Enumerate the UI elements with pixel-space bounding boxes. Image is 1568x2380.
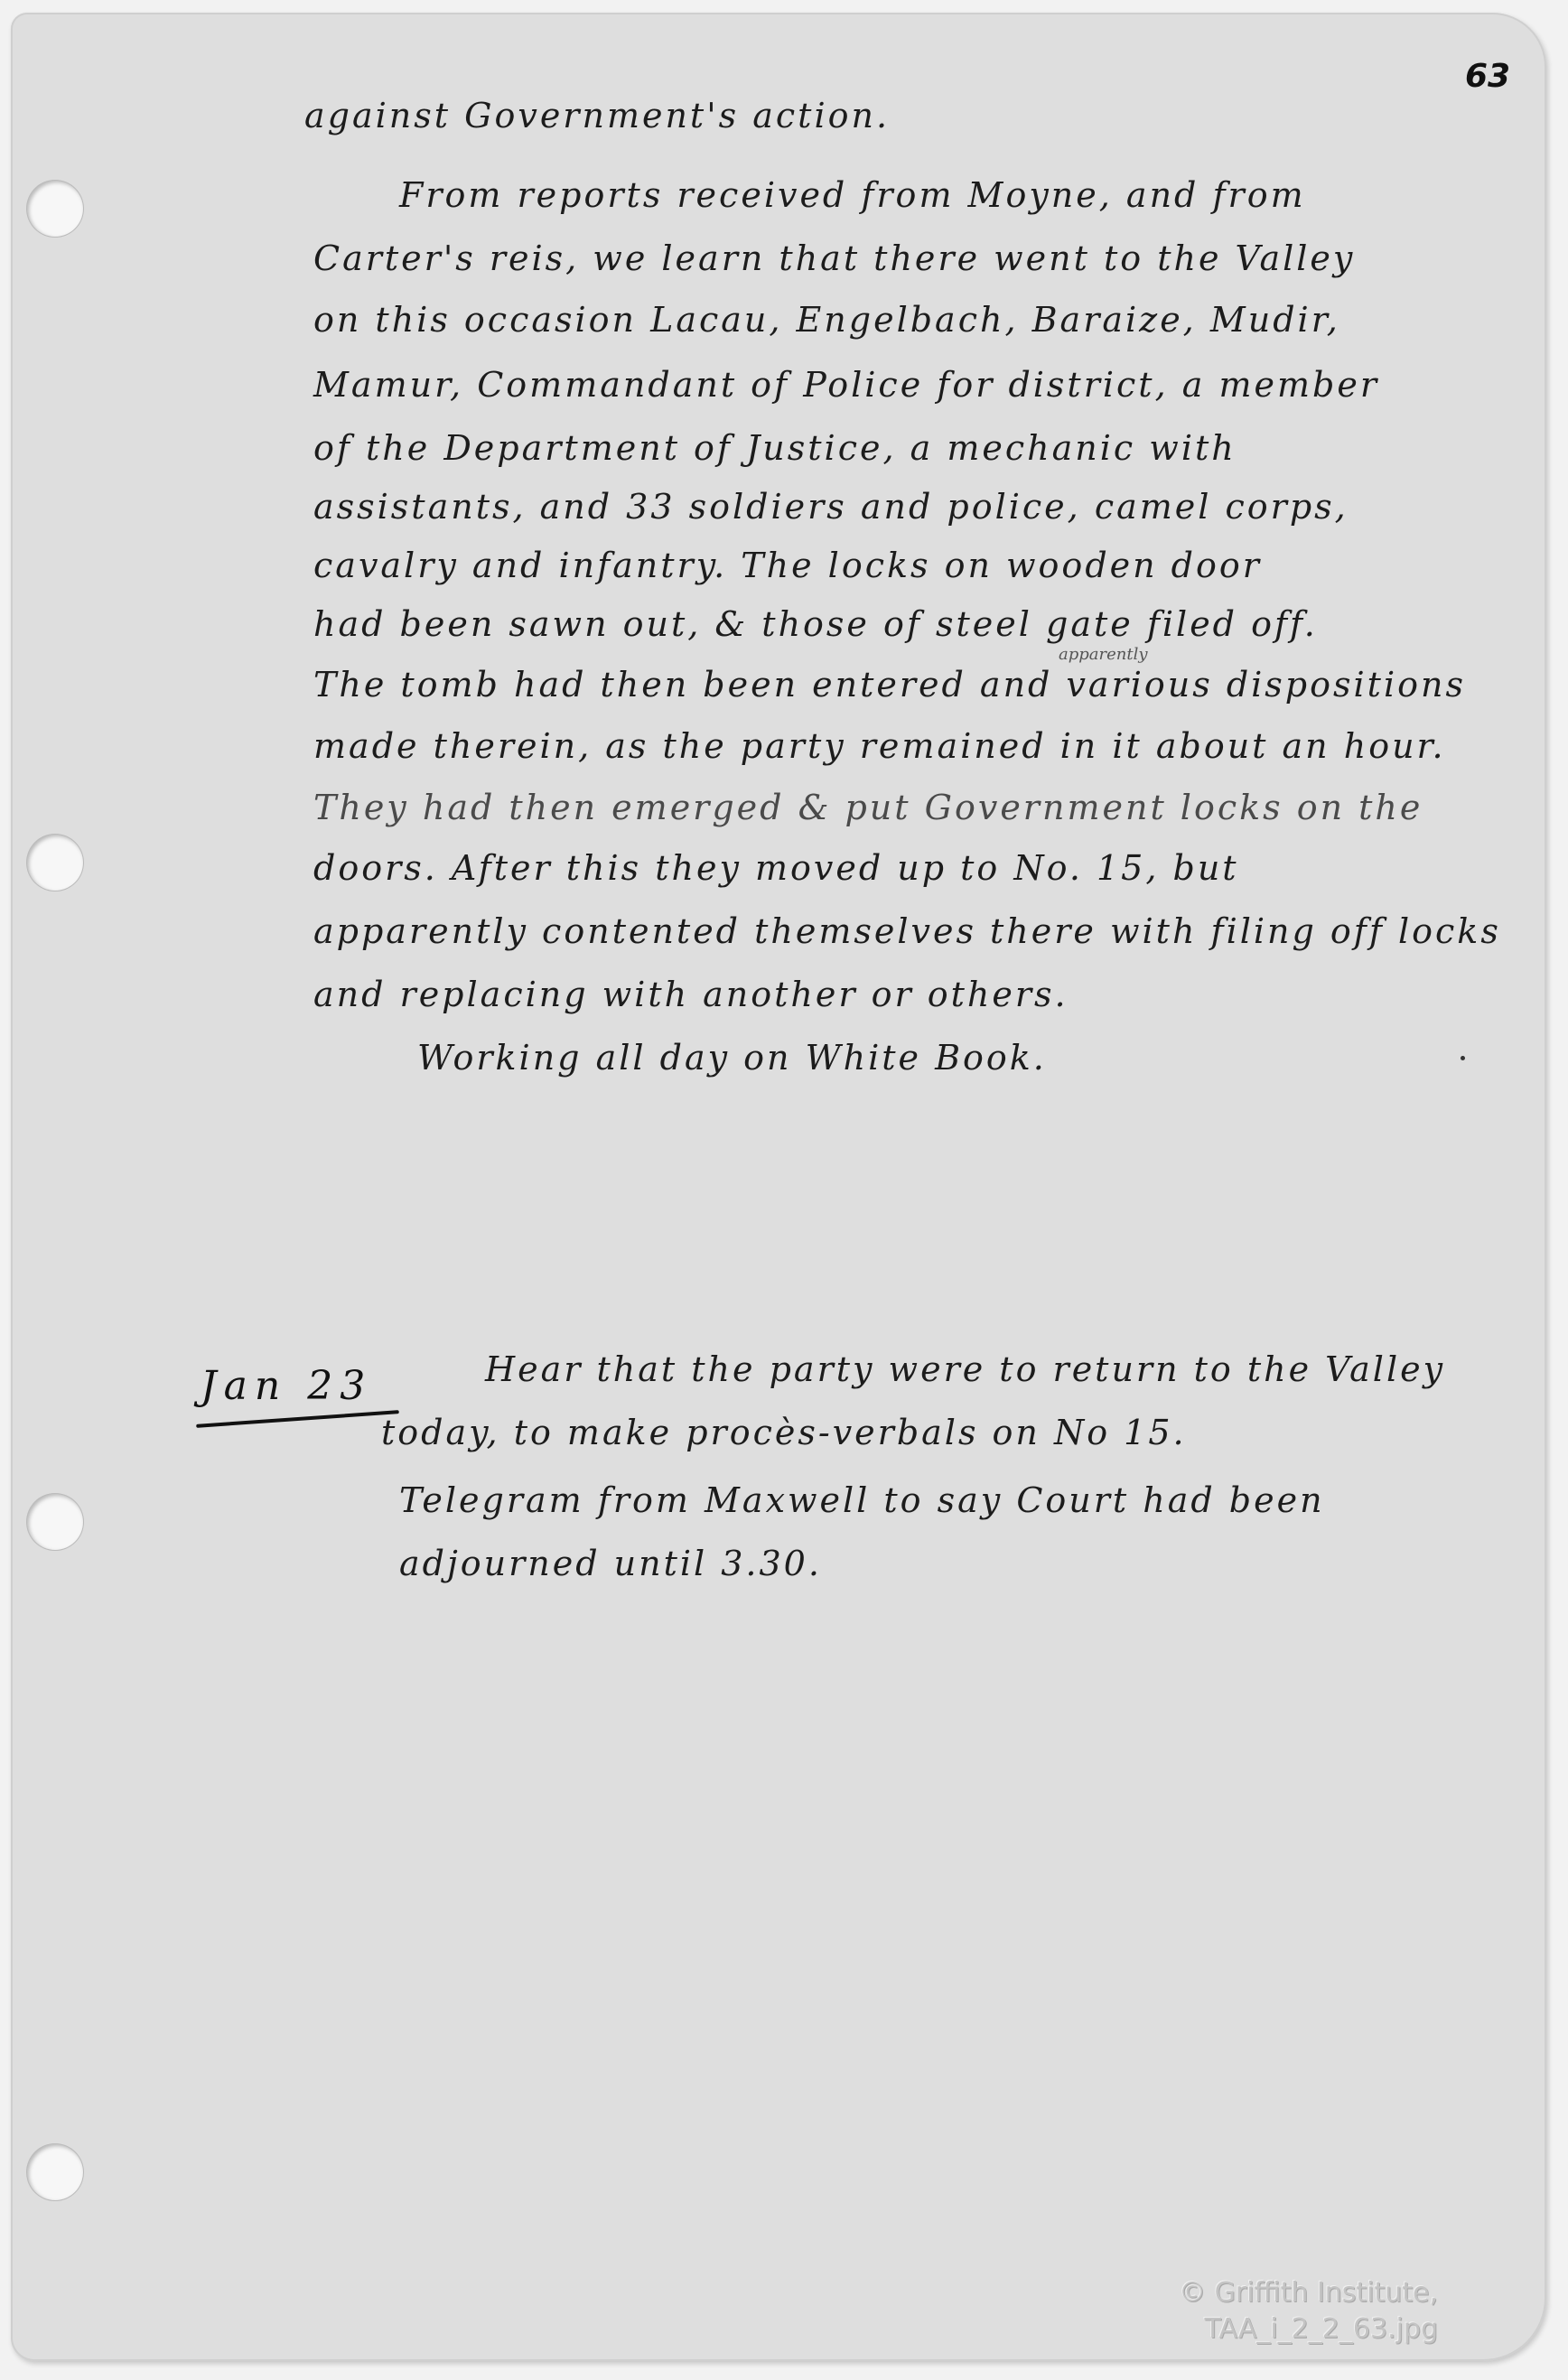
insertion-note: apparently — [1059, 645, 1148, 664]
manuscript-page: 63 against Government's action. From rep… — [11, 13, 1546, 2361]
text-line: From reports received from Moyne, and fr… — [399, 175, 1306, 215]
text-line: of the Department of Justice, a mechanic… — [313, 428, 1237, 468]
date-underline — [196, 1410, 399, 1428]
entry-date: Jan 23 — [201, 1363, 372, 1409]
text-line: made therein, as the party remained in i… — [313, 726, 1446, 766]
text-line: The tomb had then been entered and vario… — [313, 665, 1466, 705]
text-line: and replacing with another or others. — [313, 975, 1069, 1014]
punch-hole — [27, 181, 83, 237]
text-line: Working all day on White Book. — [417, 1038, 1047, 1078]
punch-hole — [27, 835, 83, 891]
text-line: cavalry and infantry. The locks on woode… — [313, 546, 1262, 585]
text-line: Mamur, Commandant of Police for district… — [313, 365, 1379, 405]
text-line: Hear that the party were to return to th… — [485, 1349, 1445, 1389]
text-line: doors. After this they moved up to No. 1… — [313, 848, 1239, 888]
text-line: on this occasion Lacau, Engelbach, Barai… — [313, 300, 1340, 340]
text-line: apparently contented themselves there wi… — [313, 911, 1501, 951]
punch-hole — [27, 1494, 83, 1550]
text-line: had been sawn out, & those of steel gate… — [313, 604, 1318, 644]
text-line: adjourned until 3.30. — [399, 1544, 822, 1583]
ink-dot — [1461, 1056, 1465, 1060]
copyright-watermark: © Griffith Institute, TAA_i_2_2_63.jpg — [1179, 2275, 1438, 2347]
watermark-line: © Griffith Institute, — [1179, 2275, 1438, 2311]
watermark-line: TAA_i_2_2_63.jpg — [1179, 2311, 1438, 2347]
text-line: They had then emerged & put Government l… — [313, 788, 1423, 827]
text-line: Carter's reis, we learn that there went … — [313, 238, 1355, 278]
punch-hole — [27, 2144, 83, 2200]
text-line: against Government's action. — [304, 96, 890, 135]
text-line: Telegram from Maxwell to say Court had b… — [399, 1480, 1325, 1520]
page-number: 63 — [1465, 58, 1510, 95]
text-line: today, to make procès-verbals on No 15. — [381, 1413, 1187, 1452]
text-line: assistants, and 33 soldiers and police, … — [313, 487, 1349, 527]
